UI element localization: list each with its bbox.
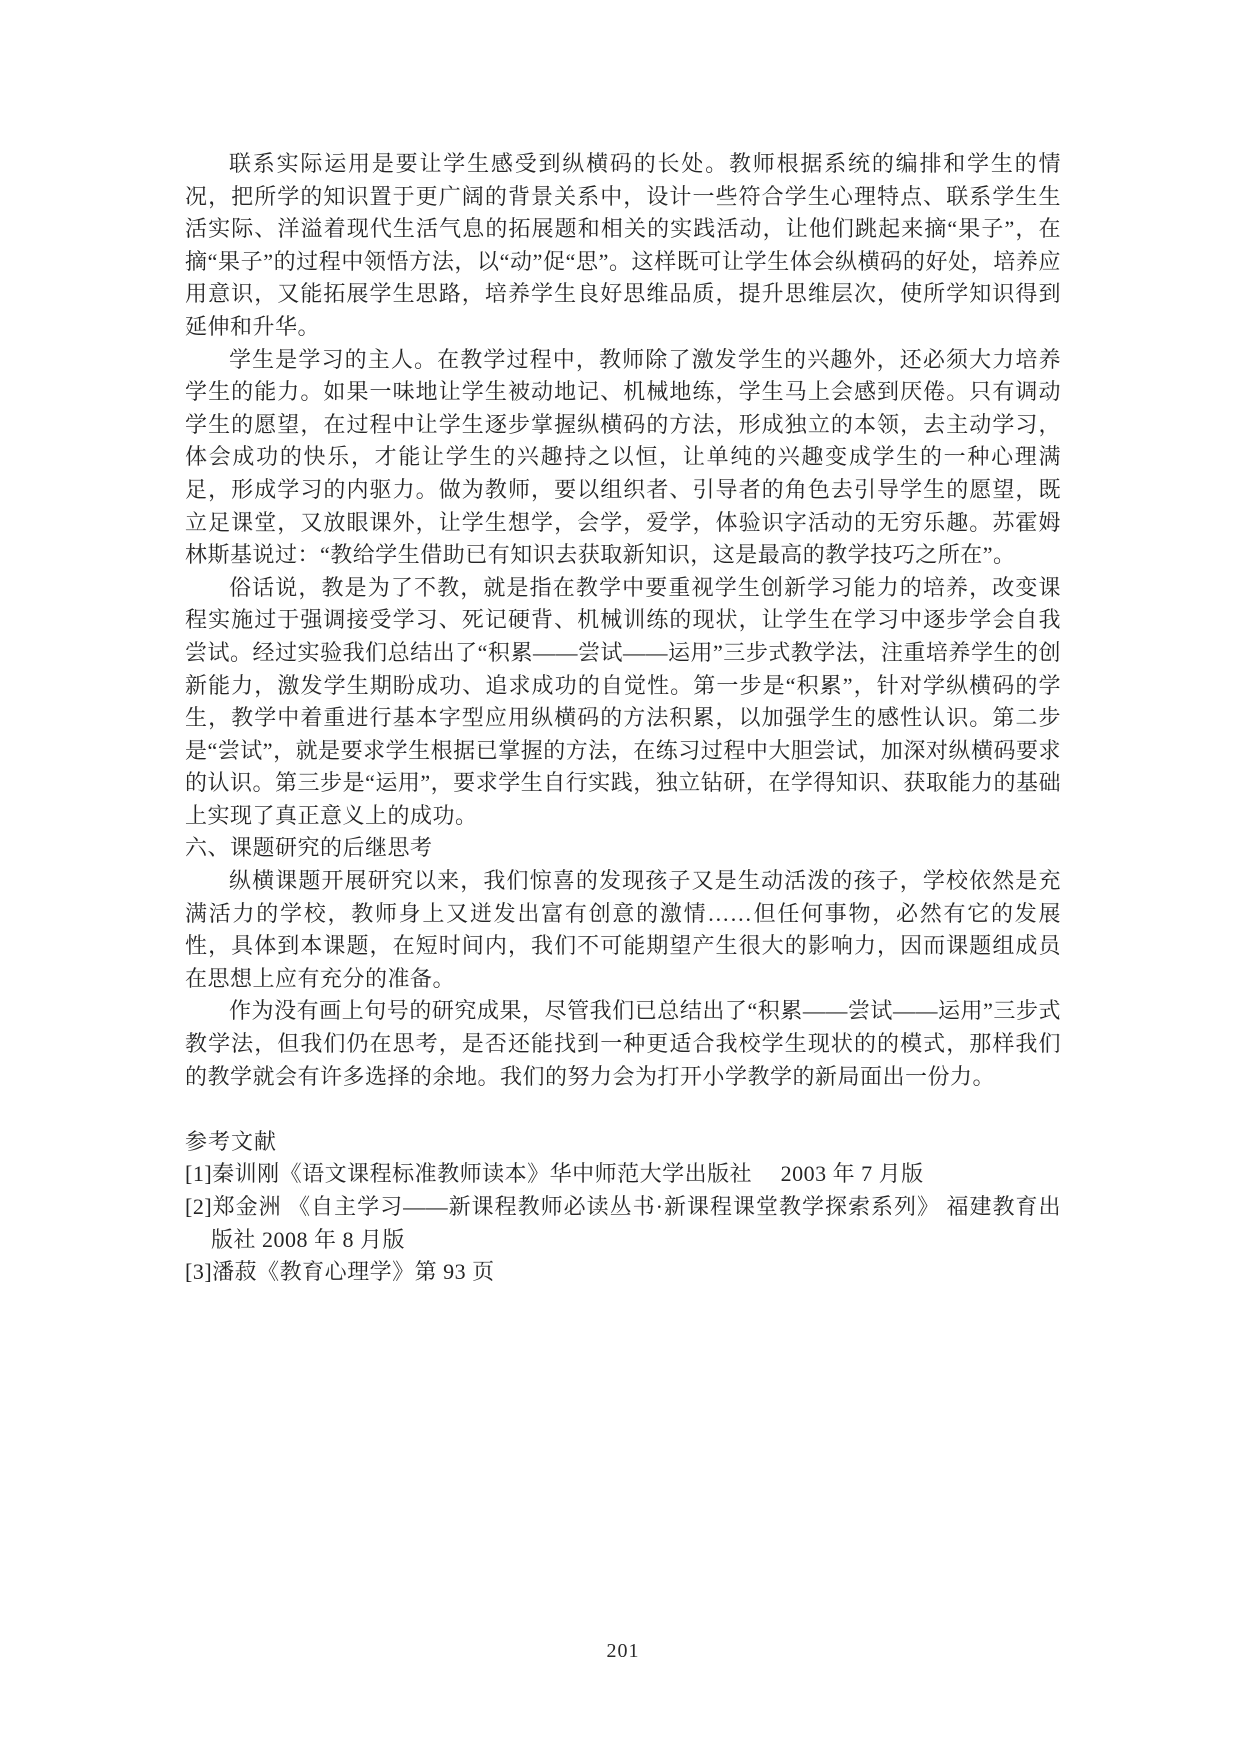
references-heading: 参考文献 (185, 1126, 1061, 1159)
reference-item-1: [1]秦训刚《语文课程标准教师读本》华中师范大学出版社 2003 年 7 月版 (185, 1158, 1061, 1191)
paragraph-follow-up-reflection: 纵横课题开展研究以来，我们惊喜的发现孩子又是生动活泼的孩子，学校依然是充满活力的… (185, 865, 1061, 995)
paragraph-unfinished-research: 作为没有画上句号的研究成果，尽管我们已总结出了“积累——尝试——运用”三步式教学… (185, 995, 1061, 1093)
paragraph-student-as-master: 学生是学习的主人。在教学过程中，教师除了激发学生的兴趣外，还必须大力培养学生的能… (185, 344, 1061, 572)
reference-item-2: [2]郑金洲 《自主学习——新课程教师必读丛书·新课程课堂教学探索系列》 福建教… (185, 1191, 1061, 1256)
document-body: 联系实际运用是要让学生感受到纵横码的长处。教师根据系统的编排和学生的情况，把所学… (185, 148, 1061, 1289)
paragraph-practice-application: 联系实际运用是要让学生感受到纵横码的长处。教师根据系统的编排和学生的情况，把所学… (185, 148, 1061, 344)
section-heading-six: 六、课题研究的后继思考 (185, 832, 1061, 865)
document-page: 联系实际运用是要让学生感受到纵横码的长处。教师根据系统的编排和学生的情况，把所学… (0, 0, 1246, 1763)
reference-item-3: [3]潘菽《教育心理学》第 93 页 (185, 1256, 1061, 1289)
paragraph-three-step-method: 俗话说，教是为了不教，就是指在教学中要重视学生创新学习能力的培养，改变课程实施过… (185, 572, 1061, 833)
page-number: 201 (0, 1640, 1246, 1663)
